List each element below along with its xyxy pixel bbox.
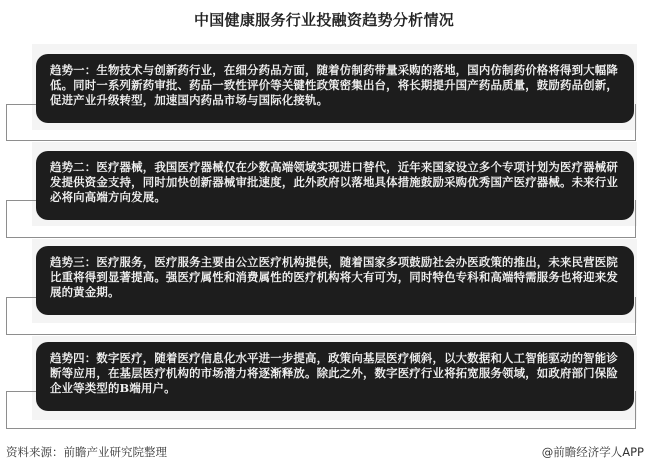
trend-4-text: 趋势四：数字医疗，随着医疗信息化水平进一步提高，政策向基层医疗倾斜，以大数据和人… [50, 351, 618, 395]
trend-3-text: 趋势三：医疗服务，医疗服务主要由公立医疗机构提供，随着国家多项鼓励社会办医政策的… [50, 255, 618, 299]
trend-2-card: 趋势二：医疗器械，我国医疗器械仅在少数高端领域实现进口替代，近年来国家设立多个专… [36, 151, 634, 220]
trend-2-text: 趋势二：医疗器械，我国医疗器械仅在少数高端领域实现进口替代，近年来国家设立多个专… [50, 160, 618, 204]
trend-3-card: 趋势三：医疗服务，医疗服务主要由公立医疗机构提供，随着国家多项鼓励社会办医政策的… [36, 246, 634, 315]
source-note: 资料来源：前瞻产业研究院整理 [6, 444, 167, 460]
trend-1-card: 趋势一：生物技术与创新药行业，在细分药品方面，随着仿制药带量采购的落地，国内仿制… [36, 54, 634, 123]
credit-note: @前瞻经济学人APP [542, 444, 644, 460]
diagram-title: 中国健康服务行业投融资趋势分析情况 [0, 9, 648, 30]
trend-1-text: 趋势一：生物技术与创新药行业，在细分药品方面，随着仿制药带量采购的落地，国内仿制… [50, 63, 618, 107]
trend-4-card: 趋势四：数字医疗，随着医疗信息化水平进一步提高，政策向基层医疗倾斜，以大数据和人… [36, 342, 634, 411]
